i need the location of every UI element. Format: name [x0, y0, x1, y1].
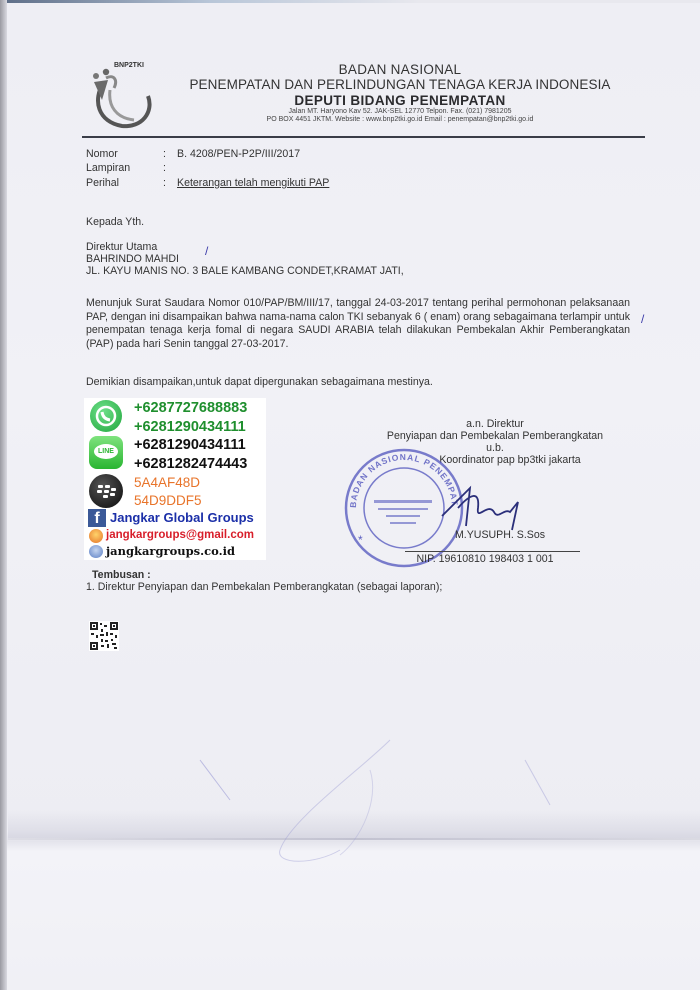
qr-code-icon [89, 621, 119, 651]
whatsapp-number-1: +6287727688883 [134, 400, 247, 416]
line-icon-text: LINE [94, 444, 118, 459]
faint-pen-scribble-icon [140, 730, 560, 870]
signature-line [405, 551, 580, 552]
agency-name-line1: BADAN NASIONAL [180, 62, 620, 77]
bbm-pin-1: 5A4AF48D [134, 475, 200, 490]
signatory-name: M.YUSUPH. S.Sos [340, 529, 660, 542]
facebook-icon: f [88, 509, 106, 527]
website-address: jangkargroups.co.id [106, 544, 235, 558]
globe-icon [89, 545, 103, 558]
line-icon: LINE [89, 436, 123, 469]
meta-value-perihal: Keterangan telah mengikuti PAP [177, 177, 329, 190]
agency-contact: PO BOX 4451 JKTM. Website : www.bnp2tki.… [180, 116, 620, 123]
signatory-nip: NIP. 19610810 198403 1 001 [325, 553, 645, 566]
agency-name-line2: PENEMPATAN DAN PERLINDUNGAN TENAGA KERJA… [180, 77, 620, 92]
handwritten-check-mark: / [641, 312, 644, 326]
meta-label-lampiran: Lampiran [86, 162, 130, 175]
agency-address: Jalan MT. Haryono Kav 52. JAK-SEL 12770 … [180, 108, 620, 115]
meta-colon: : [163, 162, 166, 175]
email-address: jangkargroups@gmail.com [106, 529, 254, 541]
tembusan-item: 1. Direktur Penyiapan dan Pembekalan Pem… [86, 581, 442, 594]
meta-value-nomor: B. 4208/PEN-P2P/III/2017 [177, 148, 300, 161]
scan-top-edge [0, 0, 700, 3]
meta-colon: : [163, 177, 166, 190]
logo-text: BNP2TKI [114, 62, 144, 69]
meta-colon: : [163, 148, 166, 161]
letterhead-divider [82, 136, 645, 138]
contact-advertisement: LINE f +6287727688883 +6281290434111 +62… [84, 398, 266, 560]
facebook-page-name: Jangkar Global Groups [110, 510, 254, 525]
handwritten-check-mark: / [205, 244, 208, 258]
recipient-address: JL. KAYU MANIS NO. 3 BALE KAMBANG CONDET… [86, 265, 404, 278]
line-number-2: +6281282474443 [134, 456, 247, 472]
bbm-pin-2: 54D9DDF5 [134, 493, 202, 508]
bnp2tki-logo-icon [84, 60, 156, 130]
department-name: DEPUTI BIDANG PENEMPATAN [180, 93, 620, 108]
blackberry-icon [89, 474, 123, 508]
body-paragraph: Menunjuk Surat Saudara Nomor 010/PAP/BM/… [86, 297, 630, 351]
line-number-1: +6281290434111 [134, 437, 246, 453]
email-icon [89, 529, 103, 543]
salutation: Kepada Yth. [86, 216, 144, 229]
whatsapp-number-2: +6281290434111 [134, 419, 246, 435]
meta-label-nomor: Nomor [86, 148, 118, 161]
meta-label-perihal: Perihal [86, 177, 119, 190]
whatsapp-icon [90, 400, 122, 432]
scan-left-edge [0, 0, 7, 990]
closing-sentence: Demikian disampaikan,untuk dapat dipergu… [86, 376, 433, 389]
